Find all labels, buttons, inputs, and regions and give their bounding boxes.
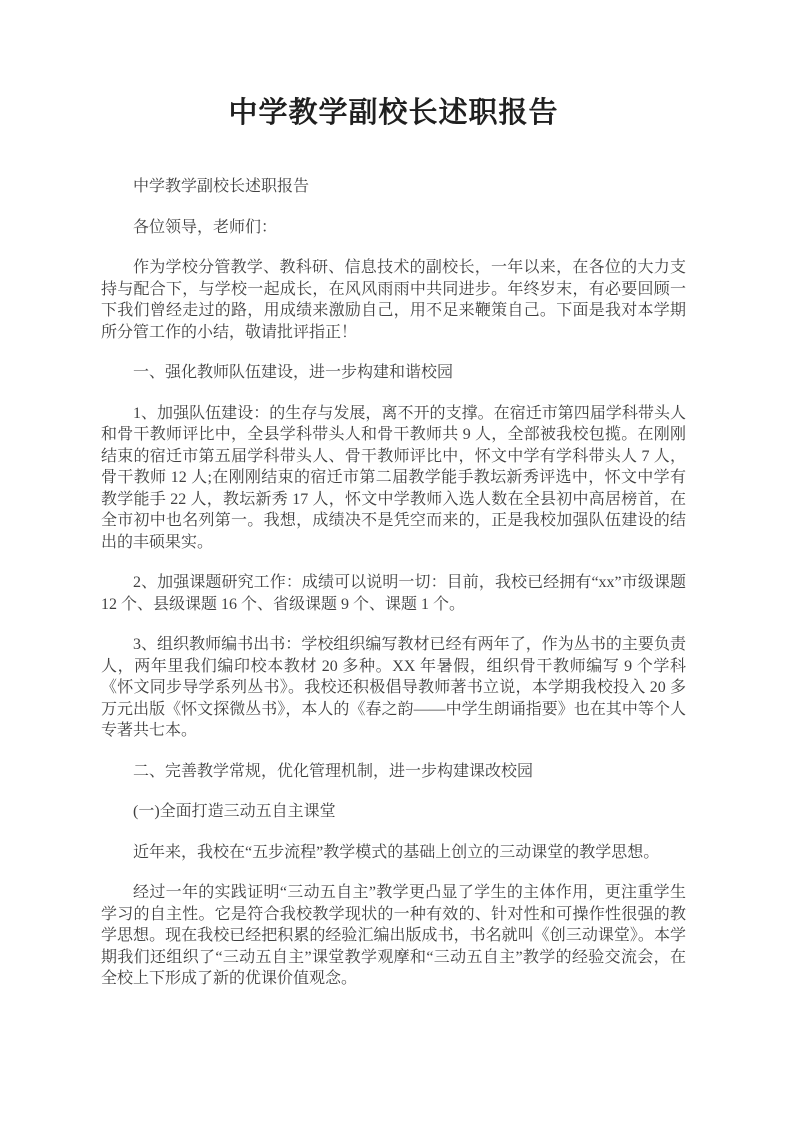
paragraph-classroom-model: 近年来，我校在“五步流程”教学模式的基础上创立的三动课堂的教学思想。 [101, 842, 686, 864]
paragraph-intro: 作为学校分管教学、教科研、信息技术的副校长，一年以来，在各位的大力支持与配合下，… [101, 257, 686, 343]
subsection-1-heading: (一)全面打造三动五自主课堂 [101, 801, 686, 823]
section-2-heading: 二、完善教学常规，优化管理机制，进一步构建课改校园 [101, 761, 686, 783]
document-title: 中学教学副校长述职报告 [101, 94, 686, 132]
paragraph-practice-results: 经过一年的实践证明“三动五自主”教学更凸显了学生的主体作用，更注重学生学习的自主… [101, 882, 686, 990]
paragraph-restated-title: 中学教学副校长述职报告 [101, 176, 686, 198]
paragraph-research-topics: 2、加强课题研究工作：成绩可以说明一切：目前，我校已经拥有“xx”市级课题 12… [101, 572, 686, 615]
document-page: 中学教学副校长述职报告 中学教学副校长述职报告 各位领导，老师们： 作为学校分管… [0, 0, 793, 1122]
paragraph-book-publishing: 3、组织教师编书出书：学校组织编写教材已经有两年了，作为丛书的主要负责人，两年里… [101, 634, 686, 742]
paragraph-team-building: 1、加强队伍建设：的生存与发展，离不开的支撑。在宿迁市第四届学科带头人和骨干教师… [101, 403, 686, 554]
paragraph-greeting: 各位领导，老师们： [101, 217, 686, 239]
section-1-heading: 一、强化教师队伍建设，进一步构建和谐校园 [101, 362, 686, 384]
